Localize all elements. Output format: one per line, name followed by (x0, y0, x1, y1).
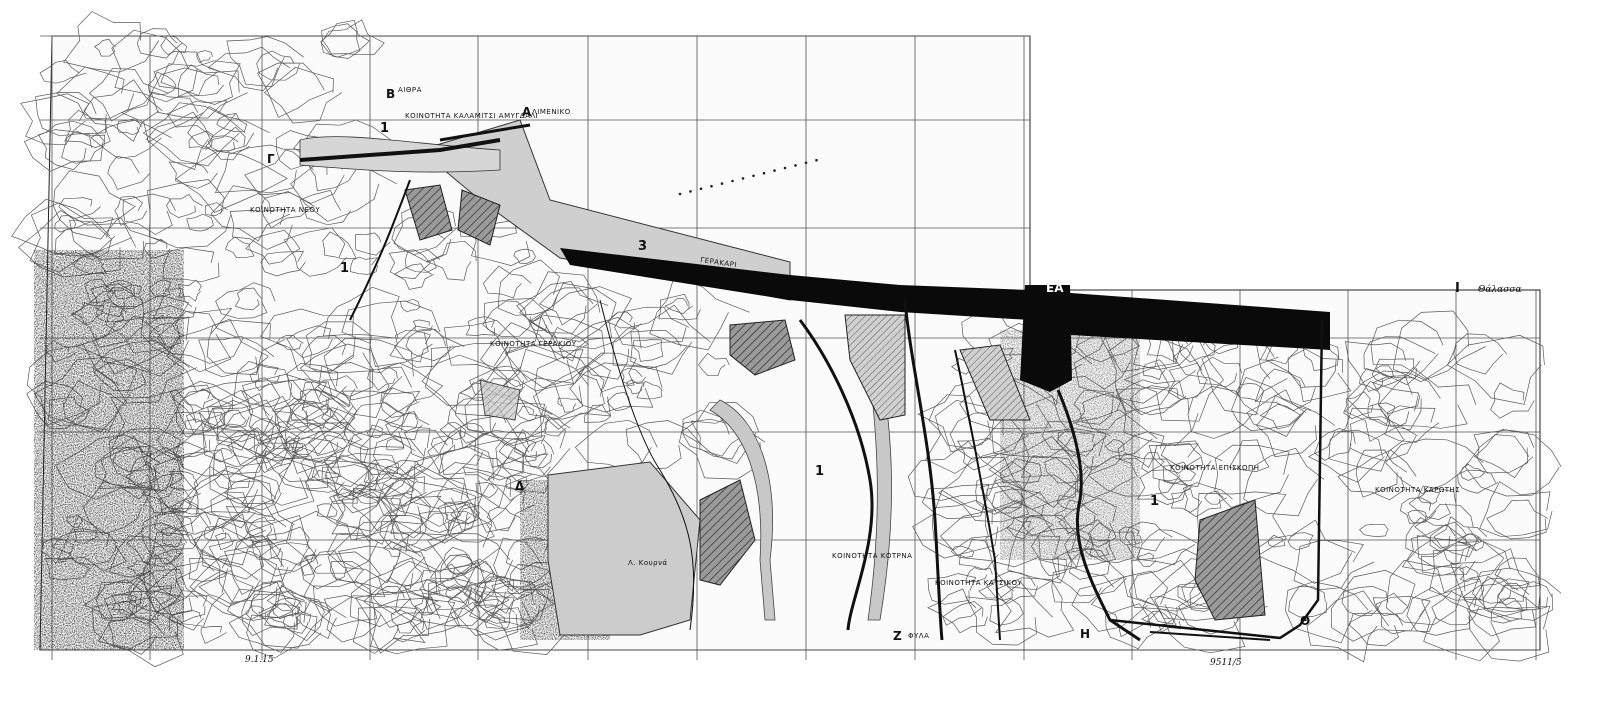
community-label: ΚΟΙΝΟΤΗΤΑ ΝΕΟΥ (250, 206, 320, 214)
point-label-h: H (1080, 627, 1090, 641)
zone-number: 1 (340, 261, 349, 276)
point-label-g: Γ (267, 152, 275, 166)
zone-number: 1 (815, 464, 824, 479)
zone-hatched-7 (1195, 500, 1265, 620)
point-label-z: Z (893, 629, 902, 643)
zone-number: I (1455, 281, 1460, 296)
zone-number: 1 (1150, 494, 1159, 509)
zone-number: 1 (380, 121, 389, 136)
community-label: ΚΟΙΝΟΤΗΤΑ ΕΠΙΣΚΟΠΗ (1170, 464, 1260, 472)
community-label: ΚΟΙΝΟΤΗΤΑ ΚΑΛΑΜΙΤΣΙ ΑΜΥΓΔΑΛΙ (405, 112, 538, 120)
community-label: ΚΟΙΝΟΤΗΤΑ ΚΑΤΣΙΚΟΥ (935, 579, 1022, 587)
point-label-b: B (386, 87, 395, 101)
community-label: ΚΟΙΝΟΤΗΤΑ ΚΟΤΡΝΑ (832, 552, 912, 560)
area-label: Λ. Κουρνά (628, 559, 668, 567)
zone-number: 3 (638, 239, 647, 254)
point-label-d: Δ (515, 479, 525, 493)
community-label: ΚΟΙΝΟΤΗΤΑ ΚΑΡΩΤΗΣ (1375, 486, 1460, 494)
point-note-b: ΑΙΘΡΑ (398, 86, 422, 94)
community-label: ΚΟΙΝΟΤΗΤΑ ΓΕΡΑΚΙΟΥ (490, 340, 577, 348)
point-label-th: Θ (1300, 614, 1310, 628)
point-note-z: ΦΥΛΑ (908, 632, 929, 640)
point-label-ea: ΕΑ (1046, 281, 1064, 295)
sea-label: Θάλασσα (1478, 284, 1522, 295)
sheet-mark: 9.1.15 (245, 655, 274, 665)
sheet-mark: 9511/5 (1210, 658, 1242, 668)
topographic-map: B ΑΙΘΡΑ A ΛΙΜΕΝΙΚΟ Γ Δ Z ΦΥΛΑ H Θ ΕΑ 1 3… (0, 0, 1598, 708)
